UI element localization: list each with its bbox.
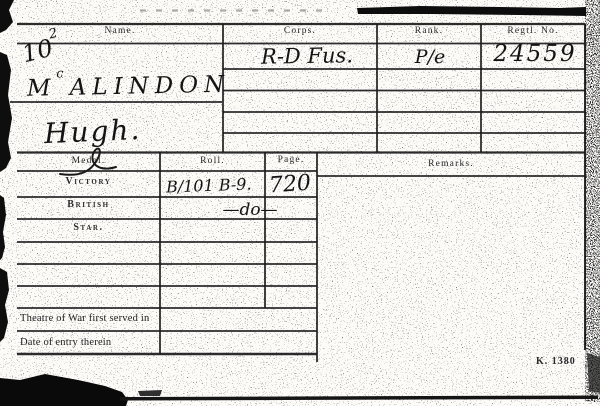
bottom-left-ink-blob — [0, 374, 128, 406]
date-of-entry-label: Date of entry therein — [20, 337, 111, 348]
right-edge-speckle-band — [586, 0, 600, 398]
handwritten-ditto-mark: —do— — [198, 200, 302, 220]
surname-superscript-c: c — [56, 65, 69, 80]
medal-row-victory-label: Victory — [17, 176, 160, 187]
surname-rest: ALINDON — [69, 72, 230, 101]
bottom-right-smudge — [587, 353, 600, 393]
remarks-area — [317, 177, 583, 352]
bottom-scan-line — [120, 396, 598, 401]
roll-column-header: Roll. — [160, 156, 265, 166]
surname-initial: M — [27, 75, 57, 102]
medal-row-star-label: Star. — [17, 222, 160, 233]
bottom-scan-bump — [138, 390, 162, 396]
left-edge-ink-blobs — [0, 0, 14, 342]
rank-column-header: Rank. — [377, 26, 481, 36]
handwritten-victory-roll-value: B/101 B-9. — [166, 175, 252, 197]
service-table-empty-rows — [223, 69, 585, 152]
form-number: K. 1380 — [536, 356, 576, 367]
theatre-of-war-label: Theatre of War first served in — [20, 313, 149, 324]
medal-row-british-label: British — [17, 199, 160, 210]
handwritten-rank-value: P/e — [402, 46, 458, 68]
date-value-cell — [161, 332, 316, 353]
medal-column-header: Medal. — [17, 156, 160, 166]
handwritten-victory-page-value: 720 — [265, 170, 315, 198]
regtl-no-column-header: Regtl. No. — [481, 26, 585, 36]
remarks-column-header: Remarks. — [317, 159, 585, 169]
top-right-smudge — [357, 6, 586, 16]
scanned-medal-index-card: Name. Corps. Rank. Regtl. No. Medal. Rol… — [0, 0, 600, 406]
handwritten-forename: Hugh. — [43, 113, 142, 150]
theatre-value-cell — [161, 309, 316, 330]
handwritten-surname: McALINDON — [27, 71, 231, 102]
corps-column-header: Corps. — [223, 26, 377, 36]
handwritten-regtl-no-value: 24559 — [487, 41, 583, 67]
handwritten-corps-value: R-D Fus. — [242, 43, 372, 69]
medal-table-empty-rows — [17, 242, 317, 308]
handwritten-reference-number: 102 — [19, 32, 64, 69]
page-column-header: Page. — [265, 155, 317, 165]
